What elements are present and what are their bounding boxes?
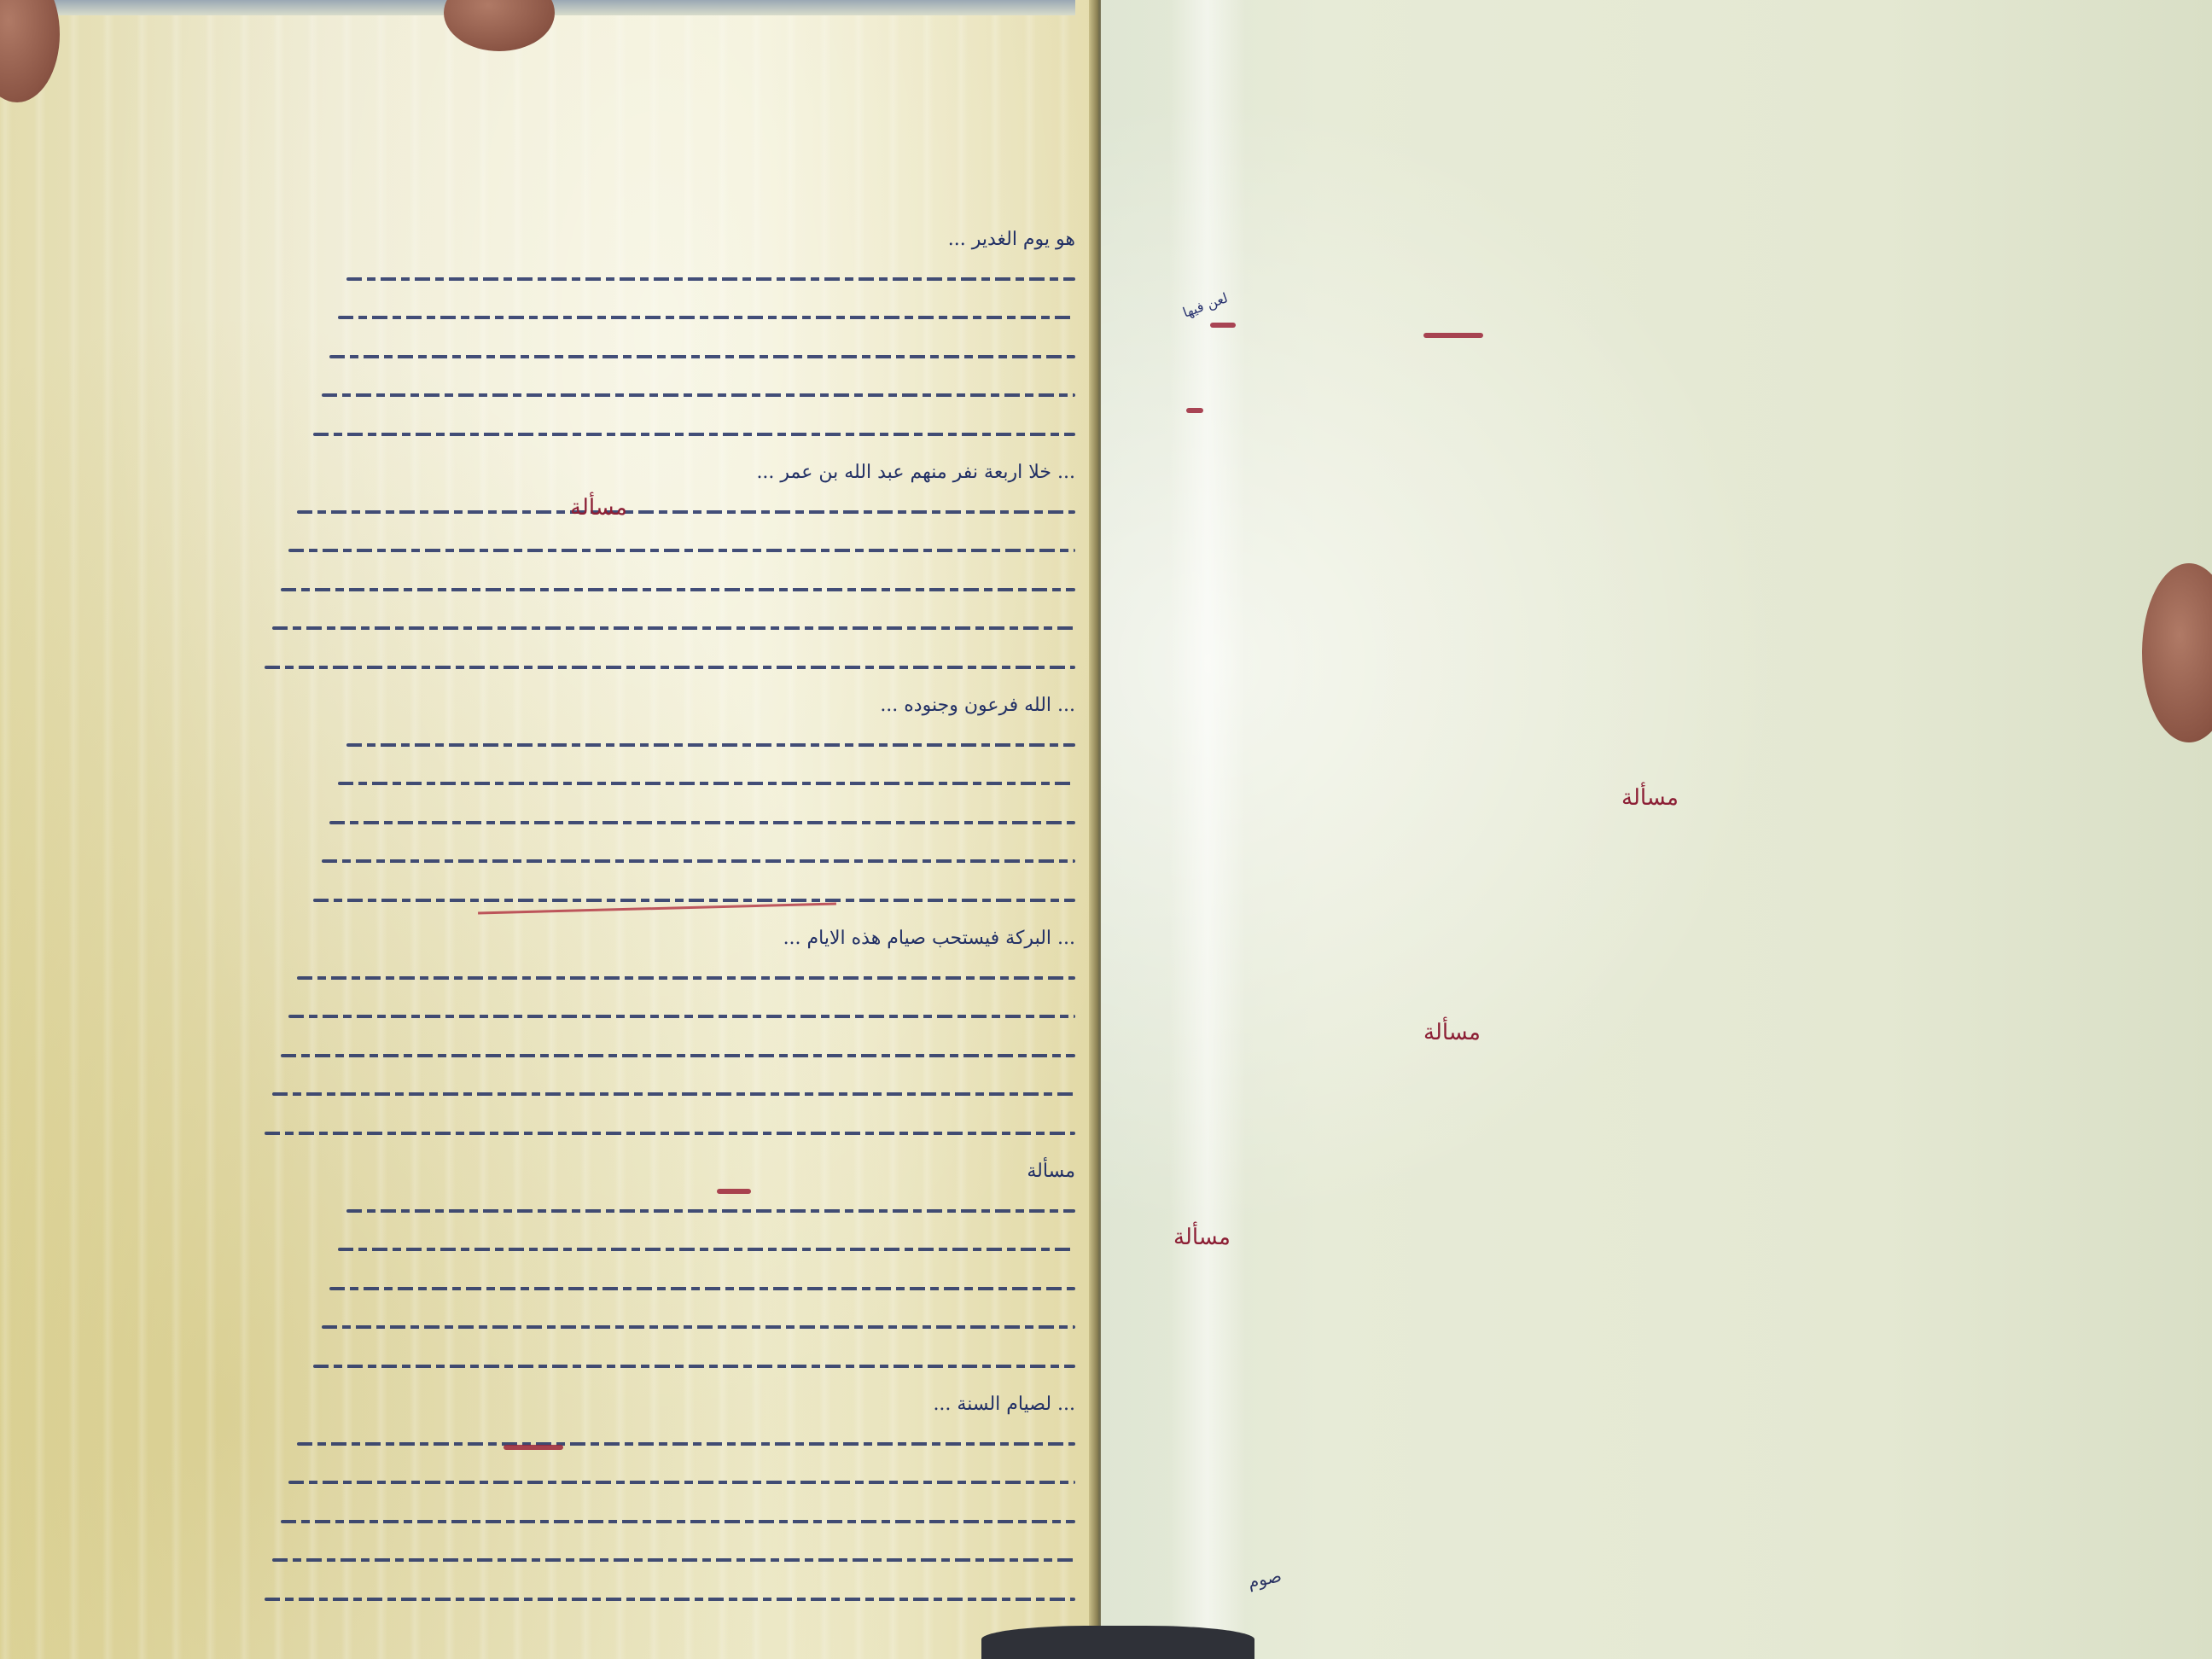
rubric-masala-1: مسألة — [570, 495, 627, 521]
left-page-line — [256, 298, 1075, 337]
handwriting-stroke — [329, 821, 1075, 824]
handwriting-stroke — [297, 1442, 1075, 1446]
left-page-line — [256, 803, 1075, 842]
handwriting-stroke — [297, 976, 1075, 980]
left-page-line — [256, 1036, 1075, 1075]
left-page-line — [256, 1424, 1075, 1464]
left-page-line — [256, 1191, 1075, 1231]
left-page: هو يوم الغدير ...... خلا اربعة نفر منهم … — [0, 0, 1097, 1659]
left-page-line — [256, 1347, 1075, 1386]
handwriting-stroke — [338, 1248, 1075, 1251]
rubric-masala-2: مسألة — [1621, 785, 1679, 811]
left-page-line: ... خلا اربعة نفر منهم عبد الله بن عمر .… — [256, 453, 1075, 492]
handwriting-stroke — [288, 1015, 1075, 1018]
handwriting-stroke — [265, 1132, 1075, 1135]
handwriting-stroke — [288, 549, 1075, 552]
handwriting-stroke — [313, 1365, 1075, 1368]
left-page-line: ... لصيام السنة ... — [256, 1385, 1075, 1424]
left-page-line — [256, 1580, 1075, 1619]
handwriting-stroke — [281, 588, 1075, 591]
handwriting-stroke — [313, 899, 1075, 902]
left-page-line — [256, 1114, 1075, 1153]
handwriting-stroke — [329, 1287, 1075, 1290]
left-page-line — [256, 375, 1075, 415]
left-page-line — [256, 648, 1075, 687]
handwriting-stroke — [265, 666, 1075, 669]
handwriting-stroke — [346, 743, 1075, 747]
rubric-mark — [717, 1189, 751, 1194]
rubric-overline-2 — [1210, 323, 1236, 328]
handwriting-stroke — [329, 355, 1075, 358]
left-page-line — [256, 492, 1075, 532]
handwriting-stroke — [338, 316, 1075, 319]
handwriting-stroke — [265, 1598, 1075, 1601]
left-page-line — [256, 958, 1075, 998]
handwriting-stroke — [281, 1520, 1075, 1523]
left-page-line — [256, 881, 1075, 920]
left-page-line: هو يوم الغدير ... — [256, 220, 1075, 259]
left-page-line — [256, 841, 1075, 881]
handwriting-stroke — [272, 626, 1075, 630]
left-page-line — [256, 570, 1075, 609]
handwriting-stroke — [288, 1481, 1075, 1484]
handwriting-stroke — [322, 393, 1075, 397]
handwriting-stroke — [346, 277, 1075, 281]
left-page-line — [256, 531, 1075, 570]
left-page-line — [256, 1502, 1075, 1541]
left-text-block: هو يوم الغدير ...... خلا اربعة نفر منهم … — [256, 220, 1075, 1618]
left-page-line — [256, 1463, 1075, 1502]
handwriting-stroke — [313, 433, 1075, 436]
handwriting-stroke — [322, 859, 1075, 863]
handwriting-stroke — [297, 510, 1075, 514]
left-page-line — [256, 1269, 1075, 1308]
left-page-line: ... البركة فيستحب صيام هذه الايام ... — [256, 919, 1075, 958]
left-page-line — [256, 764, 1075, 803]
manuscript-photo: هو يوم الغدير ...... خلا اربعة نفر منهم … — [0, 0, 2212, 1659]
margin-note: لعن فيها — [1180, 289, 1230, 321]
left-page-line — [256, 1074, 1075, 1114]
rubric-overline-3 — [1423, 333, 1483, 338]
left-page-line — [256, 259, 1075, 299]
rubric-overline-1 — [504, 1445, 563, 1450]
left-page-line — [256, 1540, 1075, 1580]
left-page-line: مسألة — [256, 1152, 1075, 1191]
left-page-line — [256, 1307, 1075, 1347]
left-page-line — [256, 997, 1075, 1036]
handwriting-stroke — [346, 1209, 1075, 1213]
binding-shadow — [981, 1626, 1254, 1659]
rubric-masala-4: مسألة — [1173, 1225, 1231, 1250]
right-page: ... قال سمعت ابا عبد الله يقول من صام يو… — [1101, 0, 2212, 1659]
handwriting-stroke — [322, 1325, 1075, 1329]
handwriting-stroke — [338, 782, 1075, 785]
left-page-line — [256, 337, 1075, 376]
rubric-overline-4 — [1186, 408, 1203, 413]
handwriting-stroke — [272, 1092, 1075, 1096]
left-page-line — [256, 415, 1075, 454]
left-page-line — [256, 608, 1075, 648]
handwriting-stroke — [281, 1054, 1075, 1057]
left-page-line — [256, 1230, 1075, 1269]
rubric-masala-3: مسألة — [1423, 1020, 1481, 1045]
handwriting-stroke — [272, 1558, 1075, 1562]
left-page-line — [256, 725, 1075, 765]
left-page-line: ... الله فرعون وجنوده ... — [256, 686, 1075, 725]
